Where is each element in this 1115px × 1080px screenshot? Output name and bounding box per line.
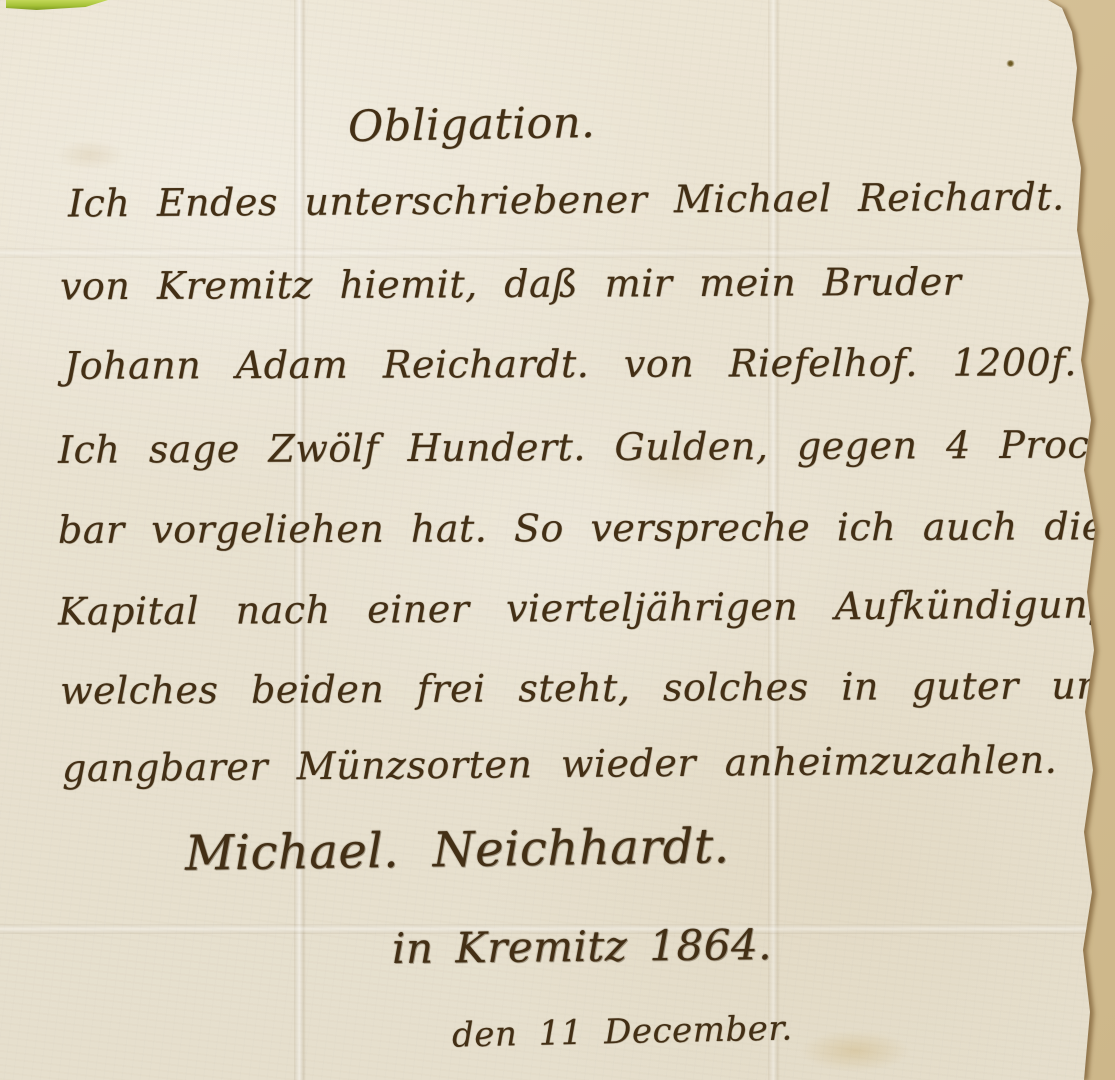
signature: Michael. Neichhardt. — [185, 818, 730, 882]
handwritten-line: bar vorgeliehen hat. So verspreche ich a… — [58, 504, 1115, 552]
paper-sheet-wrapper: Obligation. Ich Endes unterschriebener M… — [0, 0, 1115, 1080]
day-and-month: den 11 December. — [452, 1008, 793, 1055]
handwritten-line: Johann Adam Reichardt. von Riefelhof. 12… — [64, 340, 1077, 388]
foxing-stain — [800, 1030, 910, 1072]
foxing-stain — [55, 140, 125, 170]
handwritten-line: welches beiden frei steht, solches in gu… — [60, 663, 1115, 713]
handwritten-line: von Kremitz hiemit, daß mir mein Bruder — [60, 260, 962, 309]
handwritten-line: Kapital nach einer vierteljährigen Aufkü… — [58, 582, 1113, 633]
handwritten-line: Ich Endes unterschriebener Michael Reich… — [68, 175, 1065, 226]
handwritten-line: Ich sage Zwölf Hundert. Gulden, gegen 4 … — [58, 422, 1115, 472]
document-scan: Obligation. Ich Endes unterschriebener M… — [0, 0, 1115, 1080]
document-title: Obligation. — [348, 98, 596, 152]
paper-sheet: Obligation. Ich Endes unterschriebener M… — [0, 0, 1115, 1080]
ink-speck-stain — [1006, 60, 1015, 67]
place-and-year: in Kremitz 1864. — [392, 920, 772, 973]
handwritten-line: gangbarer Münzsorten wieder anheimzuzahl… — [62, 738, 1058, 791]
horizontal-fold-crease — [0, 248, 1115, 258]
